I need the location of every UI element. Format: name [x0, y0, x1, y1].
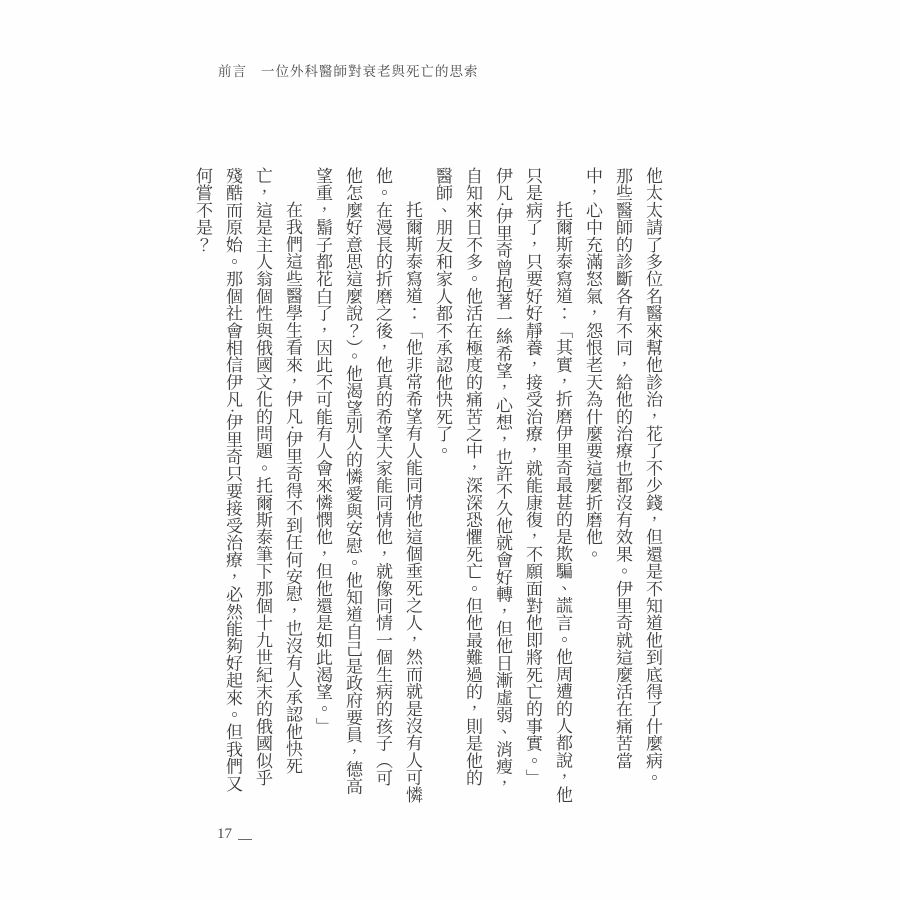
paragraph: 托爾斯泰寫道：「他非常希望有人能同情他這個垂死之人，然而就是沒有人可憐他。在漫長… [307, 167, 427, 803]
paragraph: 他太太請了多位名醫來幫他診治，花了不少錢，但還是不知道他到底得了什麼病。那些醫師… [577, 167, 667, 803]
book-page: 前言一位外科醫師對衰老與死亡的思索 他太太請了多位名醫來幫他診治，花了不少錢，但… [0, 0, 900, 900]
vertical-text-block: 他太太請了多位名醫來幫他診治，花了不少錢，但還是不知道他到底得了什麼病。那些醫師… [187, 167, 667, 803]
paragraph: 在我們這些醫學生看來，伊凡·伊里奇得不到任何安慰，也沒有人承認他快死亡，這是主人… [187, 167, 307, 803]
paragraph: 托爾斯泰寫道：「其實，折磨伊里奇最甚的是欺騙、謊言。他周遭的人都說，他只是病了，… [427, 167, 577, 803]
running-header-section: 前言 [218, 64, 247, 79]
page-number-rule [238, 839, 252, 840]
page-number: 17 [217, 826, 232, 842]
page-footer: 17 [217, 826, 252, 843]
running-header: 前言一位外科醫師對衰老與死亡的思索 [218, 60, 479, 80]
running-header-title: 一位外科醫師對衰老與死亡的思索 [261, 64, 479, 79]
